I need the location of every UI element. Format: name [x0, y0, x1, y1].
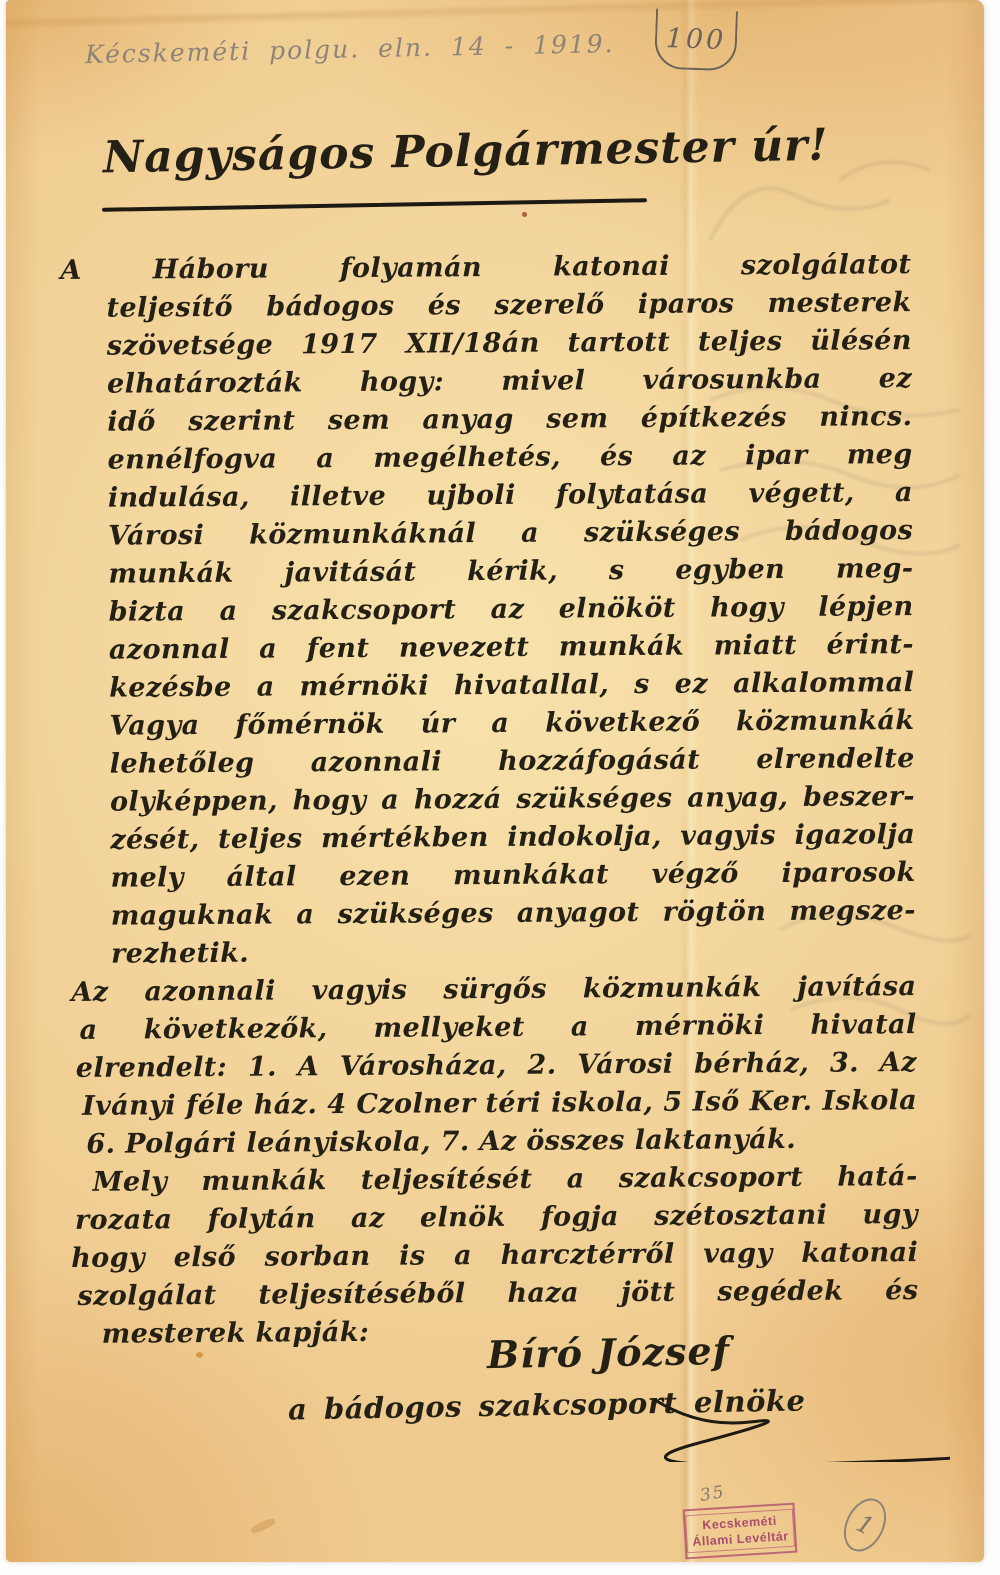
letter-line: ennélfogva a megélhetés, és az ipar meg	[61, 436, 916, 480]
letter-line: Vagya főmérnök úr a következő közmunkák	[63, 702, 918, 746]
letter-line: szövetsége 1917 XII/18án tartott teljes …	[61, 322, 916, 366]
letter-line: hogy első sorban is a harcztérről vagy k…	[67, 1234, 922, 1278]
folio-number: 100	[665, 22, 727, 55]
signature-name: Bíró József	[487, 1328, 731, 1377]
folio-number-enclosure: 100	[654, 9, 738, 72]
letter-line: idő szerint sem anyag sem építkezés ninc…	[61, 398, 916, 442]
letter-line: A Háboru folyamán katonai szolgálatot	[60, 246, 915, 290]
letter-line: elrendelt: 1. A Városháza, 2. Városi bér…	[66, 1044, 921, 1088]
letter-line: rozata folytán az elnök fogja szétosztan…	[67, 1196, 922, 1240]
signature-flourish	[600, 1392, 950, 1462]
letter-line: szolgálat teljesítéséből haza jött segéd…	[67, 1272, 922, 1316]
letter-line: Iványi féle ház. 4 Czolner téri iskola, …	[66, 1082, 921, 1126]
page-number: 1	[852, 1509, 878, 1541]
letter-line: maguknak a szükséges anyagot rögtön megs…	[65, 892, 920, 936]
letter-line: teljesítő bádogos és szerelő iparos mest…	[60, 284, 915, 328]
letter-line: Mely munkák teljesítését a szakcsoport h…	[67, 1158, 922, 1202]
letter-body: A Háboru folyamán katonai szolgálatottel…	[60, 246, 923, 1354]
letter-line: a következők, mellyeket a mérnöki hivata…	[65, 1006, 920, 1050]
scanned-letter-page: Kécskeméti polgu. eln. 14 - 1919. 100 Na…	[0, 0, 1000, 1575]
letter-line: munkák javitását kérik, s egyben meg-	[62, 550, 917, 594]
letter-line: Az azonnali vagyis sürgős közmunkák javí…	[65, 968, 920, 1012]
letter-line: kezésbe a mérnöki hivatallal, s ez alkal…	[63, 664, 918, 708]
letter-line: Városi közmunkáknál a szükséges bádogos	[62, 512, 917, 556]
letter-line: bizta a szakcsoport az elnököt hogy lépj…	[63, 588, 918, 632]
letter-line: lehetőleg azonnali hozzáfogását elrendel…	[64, 740, 919, 784]
letter-line: elhatározták hogy: mivel városunkba ez	[61, 360, 916, 404]
letter-line: zését, teljes mértékben indokolja, vagyi…	[64, 816, 919, 860]
letter-line: mely által ezen munkákat végző iparosok	[64, 854, 919, 898]
paper-stain	[522, 212, 527, 217]
letter-line: 6. Polgári leányiskola, 7. Az összes lak…	[66, 1120, 921, 1164]
letter-line: azonnal a fent nevezett munkák miatt éri…	[63, 626, 918, 670]
letter-line: indulása, illetve ujboli folytatása vége…	[62, 474, 917, 518]
letter-line: olyképpen, hogy a hozzá szükséges anyag,…	[64, 778, 919, 822]
letter-line: rezhetik.	[65, 930, 920, 974]
archive-stamp: Kecskeméti Állami Levéltár	[683, 1503, 798, 1560]
